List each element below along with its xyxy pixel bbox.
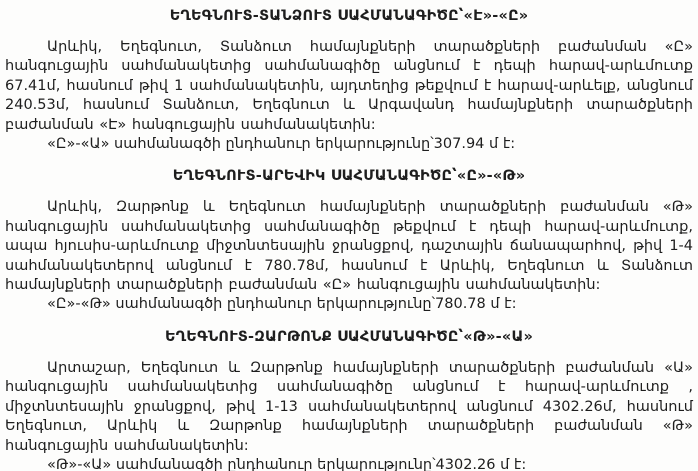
section-summary-line: «Ը»-«Թ» սահմանագծի ընդհանուր երկարությու… xyxy=(5,295,693,314)
document-page: ԵՂԵԳՆՈՒՏ-ՏԱՆՁՈՒՏ ՍԱՀՄԱՆԱԳԻԾԸ՝«Է»-«Ը» Արև… xyxy=(0,0,698,471)
section-yeghegnut-tandzut: ԵՂԵԳՆՈՒՏ-ՏԱՆՁՈՒՏ ՍԱՀՄԱՆԱԳԻԾԸ՝«Է»-«Ը» Արև… xyxy=(5,7,693,154)
section-heading: ԵՂԵԳՆՈՒՏ-ԶԱՐԹՈՆՔ ՍԱՀՄԱՆԱԳԻԾԸ՝«Թ»-«Ա» xyxy=(5,328,693,346)
section-body-paragraph: Արևիկ, Զարթոնք և Եղեգնուտ համայնքների տա… xyxy=(5,198,693,295)
section-body-paragraph: Արևիկ, Եղեգնուտ, Տանձուտ համայնքների տար… xyxy=(5,38,693,135)
section-heading: ԵՂԵԳՆՈՒՏ-ՏԱՆՁՈՒՏ ՍԱՀՄԱՆԱԳԻԾԸ՝«Է»-«Ը» xyxy=(5,7,693,25)
section-heading: ԵՂԵԳՆՈՒՏ-ԱՐԵՎԻԿ ՍԱՀՄԱՆԱԳԻԾԸ՝«Ը»-«Թ» xyxy=(5,167,693,185)
section-yeghegnut-arevik: ԵՂԵԳՆՈՒՏ-ԱՐԵՎԻԿ ՍԱՀՄԱՆԱԳԻԾԸ՝«Ը»-«Թ» Արևի… xyxy=(5,167,693,314)
section-yeghegnut-zartonk: ԵՂԵԳՆՈՒՏ-ԶԱՐԹՈՆՔ ՍԱՀՄԱՆԱԳԻԾԸ՝«Թ»-«Ա» Արտ… xyxy=(5,328,693,471)
section-body-paragraph: Արտաշար, Եղեգնուտ և Զարթոնք համայնքների … xyxy=(5,359,693,456)
section-summary-line: «Ը»-«Ա» սահմանագծի ընդհանուր երկարությու… xyxy=(5,135,693,154)
section-summary-line: «Թ»-«Ա» սահմանագծի ընդհանուր երկարությու… xyxy=(5,456,693,471)
